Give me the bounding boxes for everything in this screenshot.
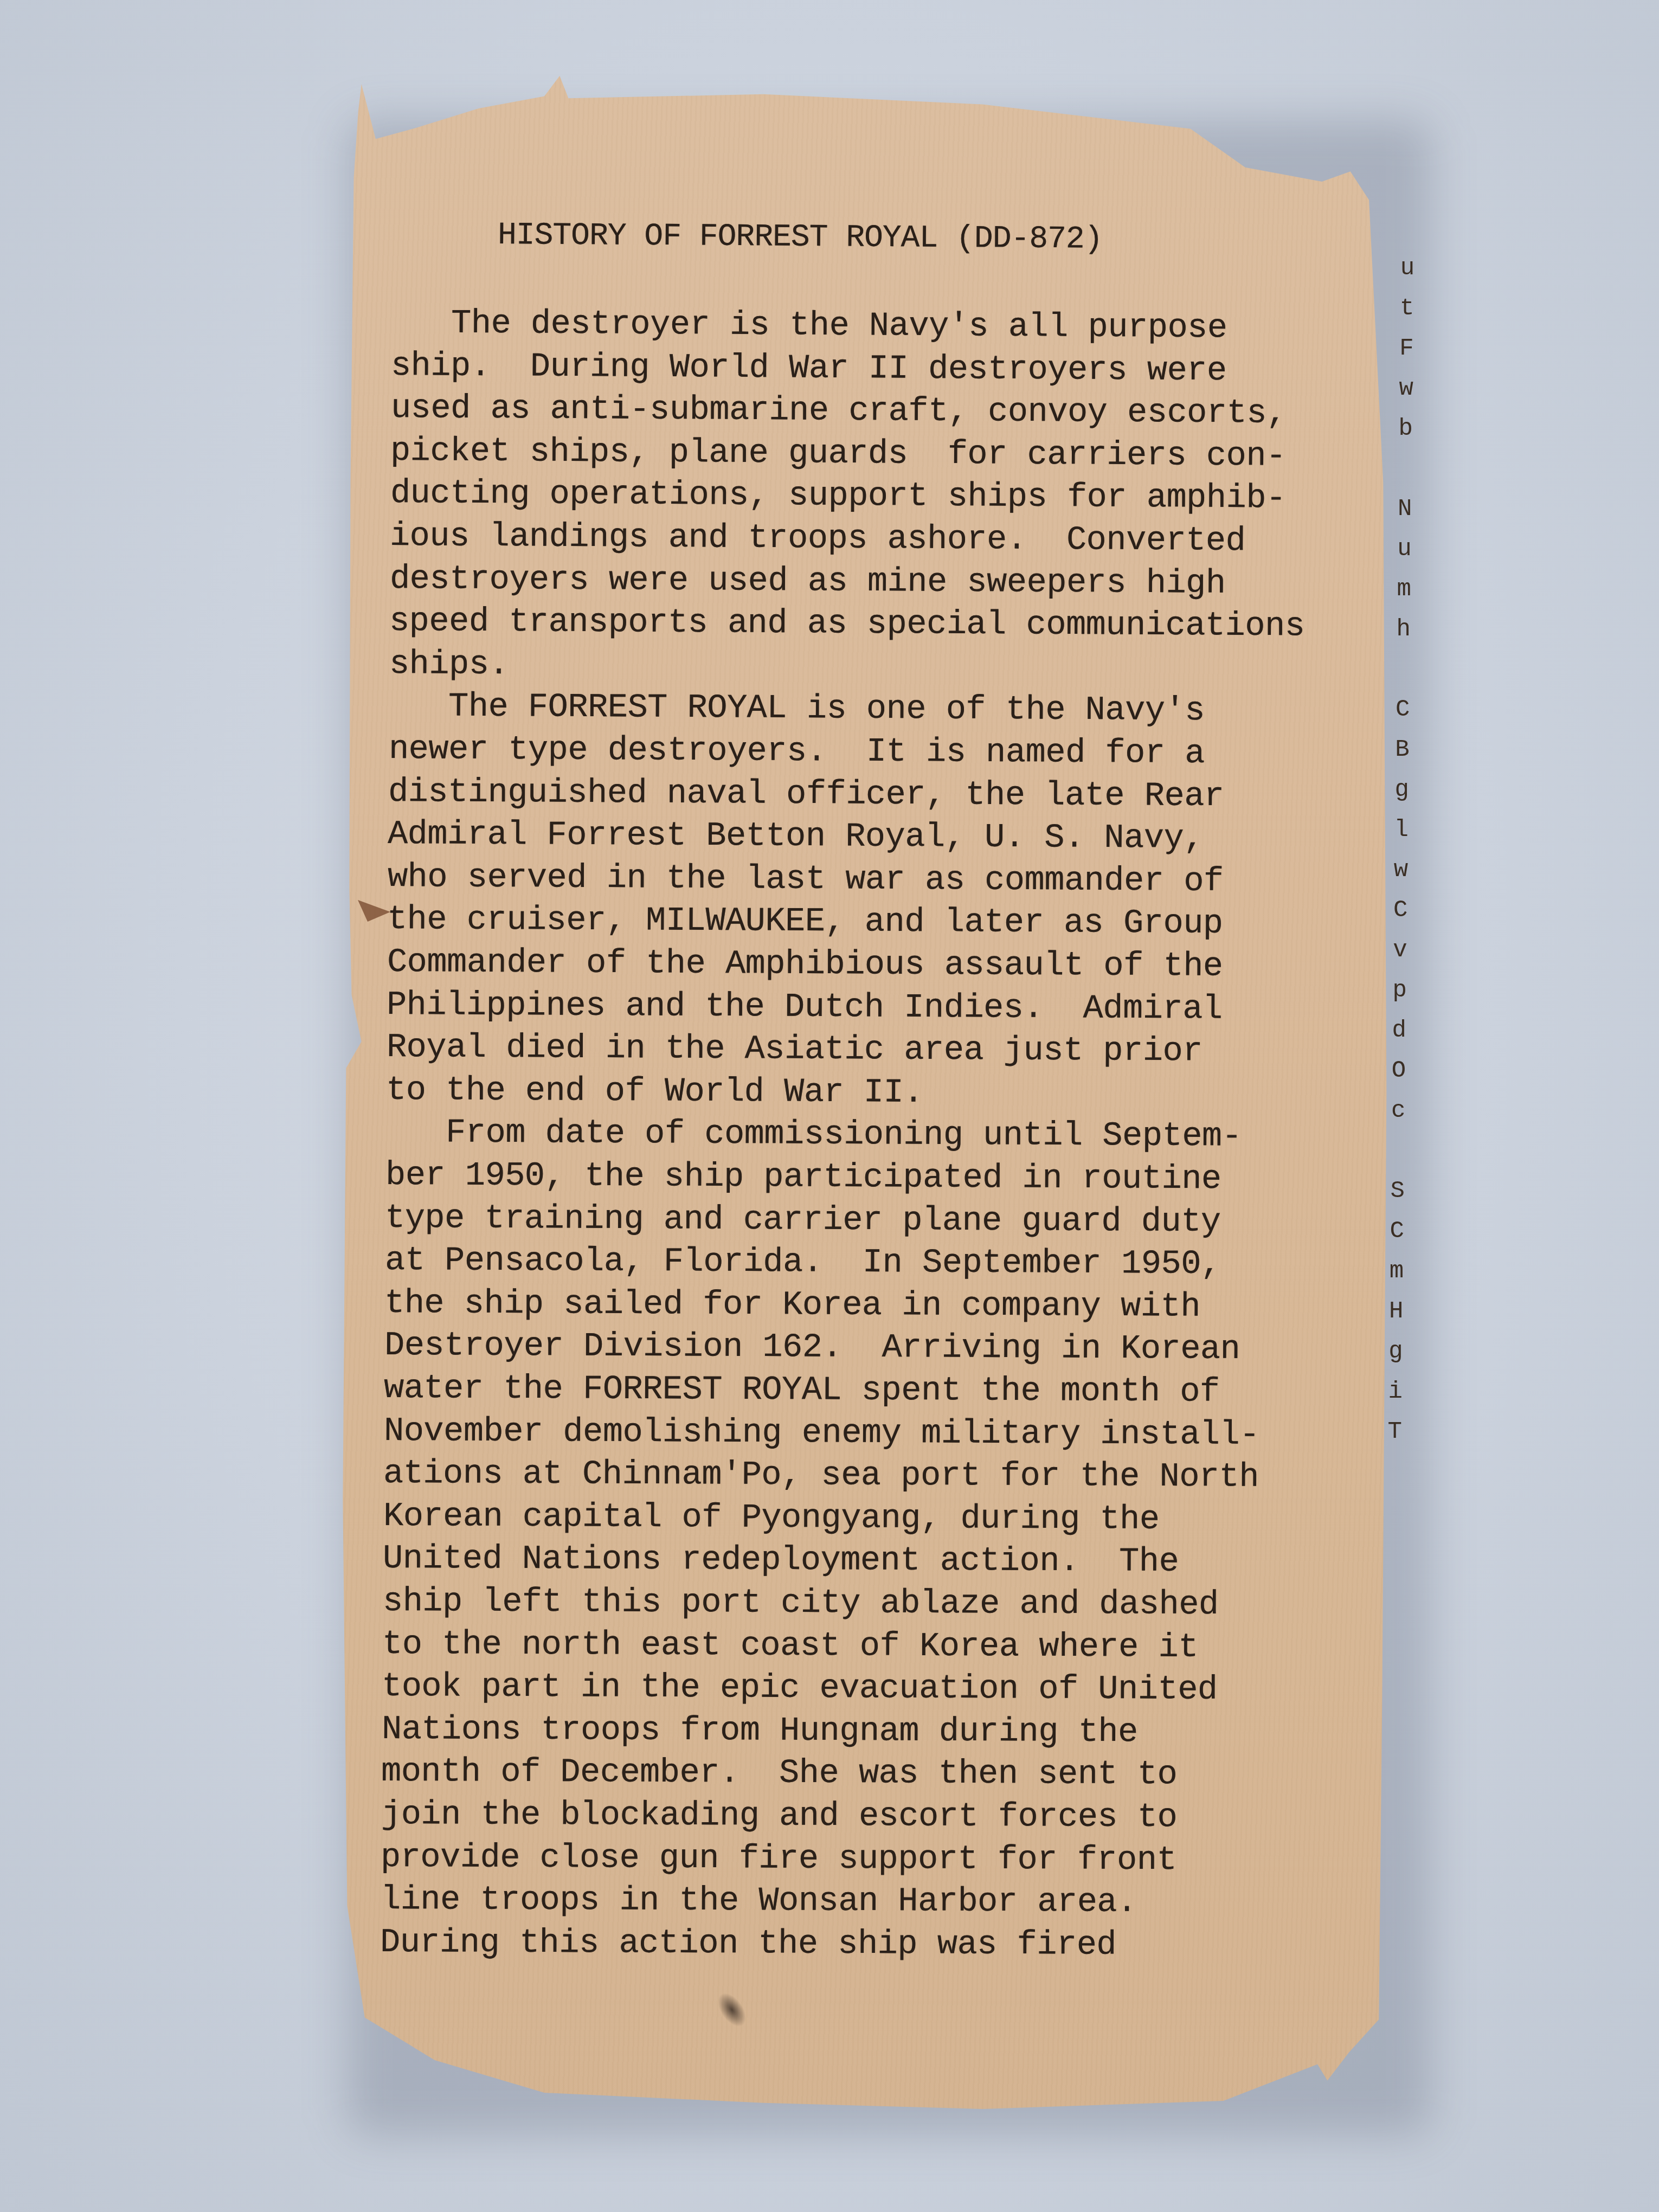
- fragment-char: v: [1389, 937, 1411, 964]
- fragment-char: m: [1386, 1258, 1407, 1285]
- text-line: ious landings and troops ashore. Convert…: [390, 517, 1246, 560]
- text-line: at Pensacola, Florida. In September 1950…: [385, 1241, 1221, 1283]
- fragment-char: m: [1393, 576, 1415, 603]
- fragment-char: w: [1390, 857, 1412, 884]
- text-line: the cruiser, MILWAUKEE, and later as Gro…: [387, 900, 1223, 943]
- fragment-char: u: [1393, 536, 1415, 563]
- fragment-char: p: [1389, 977, 1411, 1004]
- fragment-char: i: [1385, 1378, 1406, 1405]
- text-line: The FORREST ROYAL is one of the Navy's: [389, 687, 1205, 730]
- fragment-char: B: [1391, 736, 1413, 763]
- text-line: took part in the epic evacuation of Unit…: [382, 1667, 1218, 1709]
- fragment-char: O: [1388, 1057, 1410, 1084]
- text-line: Destroyer Division 162. Arriving in Kore…: [384, 1326, 1240, 1368]
- text-line: ducting operations, support ships for am…: [390, 474, 1286, 518]
- fragment-char: u: [1397, 255, 1418, 282]
- text-line: Philippines and the Dutch Indies. Admira…: [387, 986, 1223, 1028]
- text-line: the ship sailed for Korea in company wit…: [384, 1284, 1200, 1326]
- text-line: Admiral Forrest Betton Royal, U. S. Navy…: [388, 815, 1204, 858]
- text-line: United Nations redeployment action. The: [383, 1539, 1179, 1581]
- text-line: newer type destroyers. It is named for a: [388, 730, 1204, 773]
- text-line: ships.: [389, 645, 509, 684]
- fragment-char: S: [1387, 1178, 1409, 1205]
- fragment-char: F: [1396, 335, 1417, 362]
- text-line: ber 1950, the ship participated in routi…: [385, 1156, 1221, 1198]
- text-line: to the end of World War II.: [386, 1071, 923, 1112]
- text-line: join the blockading and escort forces to: [381, 1795, 1178, 1836]
- fragment-char: g: [1385, 1338, 1406, 1365]
- text-line: who served in the last war as commander …: [388, 858, 1224, 901]
- fragment-char: t: [1396, 295, 1418, 322]
- fragment-char: H: [1385, 1298, 1407, 1325]
- fragment-char: l: [1391, 816, 1412, 844]
- text-line: Nations troops from Hungnam during the: [382, 1710, 1138, 1751]
- text-line: type training and carrier plane guard du…: [385, 1199, 1221, 1241]
- fragment-char: C: [1392, 696, 1413, 723]
- fragment-char: N: [1394, 496, 1416, 523]
- fragment-char: C: [1386, 1218, 1408, 1245]
- text-line: to the north east coast of Korea where i…: [382, 1625, 1198, 1667]
- text-line: speed transports and as special communic…: [389, 602, 1305, 645]
- text-line: Commander of the Amphibious assault of t…: [387, 943, 1223, 986]
- fragment-char: b: [1395, 415, 1417, 442]
- text-line: During this action the ship was fired: [380, 1923, 1116, 1964]
- text-line: line troops in the Wonsan Harbor area.: [381, 1880, 1137, 1921]
- text-line: used as anti-submarine craft, convoy esc…: [391, 389, 1287, 433]
- text-line: Korean capital of Pyongyang, during the: [383, 1497, 1159, 1539]
- text-line: ship. During World War II destroyers wer…: [391, 346, 1227, 390]
- fragment-char: C: [1390, 897, 1411, 924]
- fragment-char: h: [1393, 616, 1414, 643]
- text-line: The destroyer is the Navy's all purpose: [391, 304, 1227, 347]
- fragment-char: g: [1391, 776, 1413, 803]
- text-line: destroyers were used as mine sweepers hi…: [389, 560, 1225, 603]
- text-line: ations at Chinnam'Po, sea port for the N…: [383, 1454, 1259, 1496]
- fragment-char: w: [1396, 375, 1417, 402]
- text-line: picket ships, plane guards for carriers …: [390, 432, 1286, 475]
- text-line: November demolishing enemy military inst…: [384, 1412, 1259, 1454]
- text-line: From date of commissioning until Septem-: [385, 1113, 1242, 1156]
- fragment-char: T: [1384, 1418, 1406, 1445]
- document-body: The destroyer is the Navy's all purposes…: [0, 0, 1659, 2212]
- text-line: month of December. She was then sent to: [381, 1752, 1178, 1793]
- fragment-char: d: [1388, 1017, 1410, 1044]
- text-line: Royal died in the Asiatic area just prio…: [386, 1028, 1202, 1070]
- fragment-char: c: [1387, 1097, 1409, 1124]
- text-line: distinguished naval officer, the late Re…: [388, 773, 1224, 815]
- text-line: water the FORREST ROYAL spent the month …: [384, 1369, 1220, 1411]
- text-line: provide close gun fire support for front: [381, 1838, 1176, 1879]
- text-line: ship left this port city ablaze and dash…: [382, 1582, 1218, 1624]
